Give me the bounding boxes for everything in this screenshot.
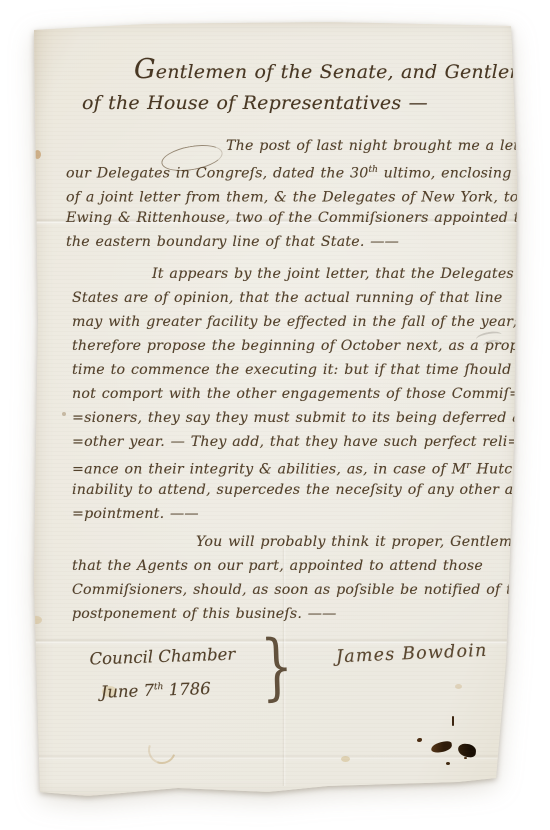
letter-line: postponement of this busineſs. ——: [72, 602, 520, 626]
letter-line: that the Agents on our part, appointed t…: [72, 554, 520, 578]
text-segment: ultimo, enclosing a copy: [378, 166, 550, 182]
text-segment: June 7: [100, 681, 154, 702]
letter-line: not comport with the other engagements o…: [72, 382, 520, 406]
letter-line: Ewing & Rittenhouse, two of the Commiſsi…: [66, 206, 520, 230]
paper-sheet: Gentlemen of the Senate, and Gentlemen o…: [28, 20, 520, 804]
text-segment: 1786: [163, 679, 211, 700]
text-segment: Hutchin's: [471, 462, 548, 478]
dateline-date: June 7th 1786: [100, 669, 237, 704]
letter-line: therefore propose the beginning of Octob…: [72, 334, 520, 358]
salutation-line-2: of the House of Representatives —: [82, 88, 520, 120]
photo-background: Gentlemen of the Senate, and Gentlemen o…: [0, 0, 550, 830]
paragraph-gap: [28, 254, 520, 262]
curly-brace: }: [259, 625, 294, 706]
ink-blot: [464, 757, 467, 759]
signature: James Bowdoin: [336, 641, 488, 668]
ink-blot: [457, 743, 476, 758]
letter-line: The post of last night brought me a lett…: [226, 134, 520, 158]
dateline-place: Council Chamber: [89, 639, 236, 674]
letter-line: Commiſsioners, should, as soon as poſsib…: [72, 578, 520, 602]
dateline: Council Chamber June 7th 1786 }: [89, 639, 237, 704]
letter-line: time to commence the executing it: but i…: [72, 358, 520, 382]
superscript: th: [368, 165, 377, 175]
fold-crease-bottom: [28, 754, 520, 761]
manuscript-paper: Gentlemen of the Senate, and Gentlemen o…: [28, 20, 520, 804]
letter-line: our Delegates in Congreſs, dated the 30t…: [66, 158, 520, 182]
letter-line: It appears by the joint letter, that the…: [152, 262, 520, 286]
letter-line: =sioners, they say they must submit to i…: [72, 406, 520, 430]
ink-blot: [446, 762, 450, 765]
text-segment: =ance on their integrity & abilities, as…: [72, 462, 466, 478]
letter-line: =other year. — They add, that they have …: [72, 430, 520, 454]
spacer: [28, 120, 520, 134]
text-segment: of a joint letter from them, & the Deleg…: [66, 190, 550, 206]
text-segment: our Delegates in Congreſs, dated the 30: [66, 166, 368, 182]
ink-blot: [430, 741, 452, 754]
superscript: th: [154, 682, 164, 692]
letter-line: inability to attend, supercedes the nece…: [72, 478, 520, 502]
letter-text: Gentlemen of the Senate, and Gentlemen o…: [28, 52, 520, 626]
letter-line: =pointment. ——: [72, 502, 520, 526]
letter-line: You will probably think it proper, Gentl…: [196, 530, 520, 554]
foxing-spot: [341, 756, 350, 762]
letter-line: States are of opinion, that the actual r…: [72, 286, 520, 310]
salutation-line-1: Gentlemen of the Senate, and Gentlemen: [134, 52, 520, 88]
letter-line: may with greater facility be effected in…: [72, 310, 520, 334]
foxing-crescent: [144, 732, 181, 769]
letter-line: the eastern boundary line of that State.…: [66, 230, 520, 254]
ink-blot: [452, 716, 454, 726]
letter-line: =ance on their integrity & abilities, as…: [72, 454, 520, 478]
ink-blot: [417, 738, 422, 742]
letter-line: of a joint letter from them, & the Deleg…: [66, 182, 520, 206]
foxing-spot: [455, 684, 462, 689]
